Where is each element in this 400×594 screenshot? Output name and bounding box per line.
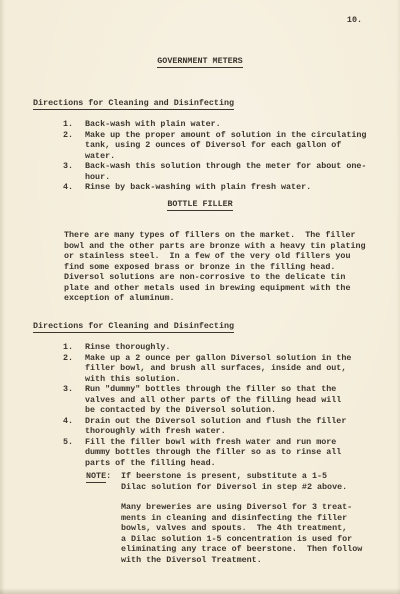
section-heading-cleaning-2: Directions for Cleaning and Disinfecting <box>33 321 234 333</box>
section-title-bottle-filler: BOTTLE FILLER <box>0 199 400 211</box>
section-heading-text: Directions for Cleaning and Disinfecting <box>33 98 234 110</box>
item-number: 3. <box>63 161 85 172</box>
page-number: 10. <box>347 15 362 26</box>
directions-list-meters: 1. Back-wash with plain water. 2. Make u… <box>63 119 375 193</box>
item-number: 2. <box>63 130 85 141</box>
item-number: 2. <box>63 353 85 364</box>
item-number: 1. <box>63 342 85 353</box>
item-text: Drain out the Diversol solution and flus… <box>85 416 375 437</box>
item-number: 4. <box>63 182 85 193</box>
list-item: 3. Run "dummy" bottles through the fille… <box>63 384 375 416</box>
note-block: NOTE: If beerstone is present, substitut… <box>86 471 361 492</box>
item-text: Rinse thoroughly. <box>85 342 375 353</box>
list-item: 4. Rinse by back-washing with plain fres… <box>63 182 375 193</box>
document-title-text: GOVERNMENT METERS <box>157 56 242 68</box>
note-label-text: NOTE <box>86 471 106 483</box>
list-item: 5. Fill the filler bowl with fresh water… <box>63 437 375 469</box>
item-number: 3. <box>63 384 85 395</box>
section-heading-cleaning-1: Directions for Cleaning and Disinfecting <box>33 98 234 110</box>
item-text: Rinse by back-washing with plain fresh w… <box>85 182 375 193</box>
note-text: If beerstone is present, substitute a 1-… <box>121 471 361 492</box>
document-page: 10. GOVERNMENT METERS Directions for Cle… <box>0 0 400 594</box>
note-label: NOTE: <box>86 471 121 483</box>
intro-paragraph: There are many types of fillers on the m… <box>64 230 376 304</box>
section-heading-text: Directions for Cleaning and Disinfecting <box>33 321 234 333</box>
section-title-text: BOTTLE FILLER <box>167 199 232 211</box>
item-text: Make up the proper amount of solution in… <box>85 130 375 162</box>
item-text: Run "dummy" bottles through the filler s… <box>85 384 375 416</box>
list-item: 4. Drain out the Diversol solution and f… <box>63 416 375 437</box>
list-item: 1. Rinse thoroughly. <box>63 342 375 353</box>
list-item: 1. Back-wash with plain water. <box>63 119 375 130</box>
item-number: 4. <box>63 416 85 427</box>
item-text: Fill the filler bowl with fresh water an… <box>85 437 375 469</box>
list-item: 2. Make up the proper amount of solution… <box>63 130 375 162</box>
item-text: Make up a 2 ounce per gallon Diversol so… <box>85 353 375 385</box>
document-title: GOVERNMENT METERS <box>0 56 400 68</box>
directions-list-filler: 1. Rinse thoroughly. 2. Make up a 2 ounc… <box>63 342 375 468</box>
note-colon: : <box>106 471 111 481</box>
item-number: 5. <box>63 437 85 448</box>
list-item: 2. Make up a 2 ounce per gallon Diversol… <box>63 353 375 385</box>
item-text: Back-wash with plain water. <box>85 119 375 130</box>
list-item: 3. Back-wash this solution through the m… <box>63 161 375 182</box>
item-number: 1. <box>63 119 85 130</box>
closing-paragraph: Many breweries are using Diversol for 3 … <box>121 502 371 565</box>
item-text: Back-wash this solution through the mete… <box>85 161 375 182</box>
